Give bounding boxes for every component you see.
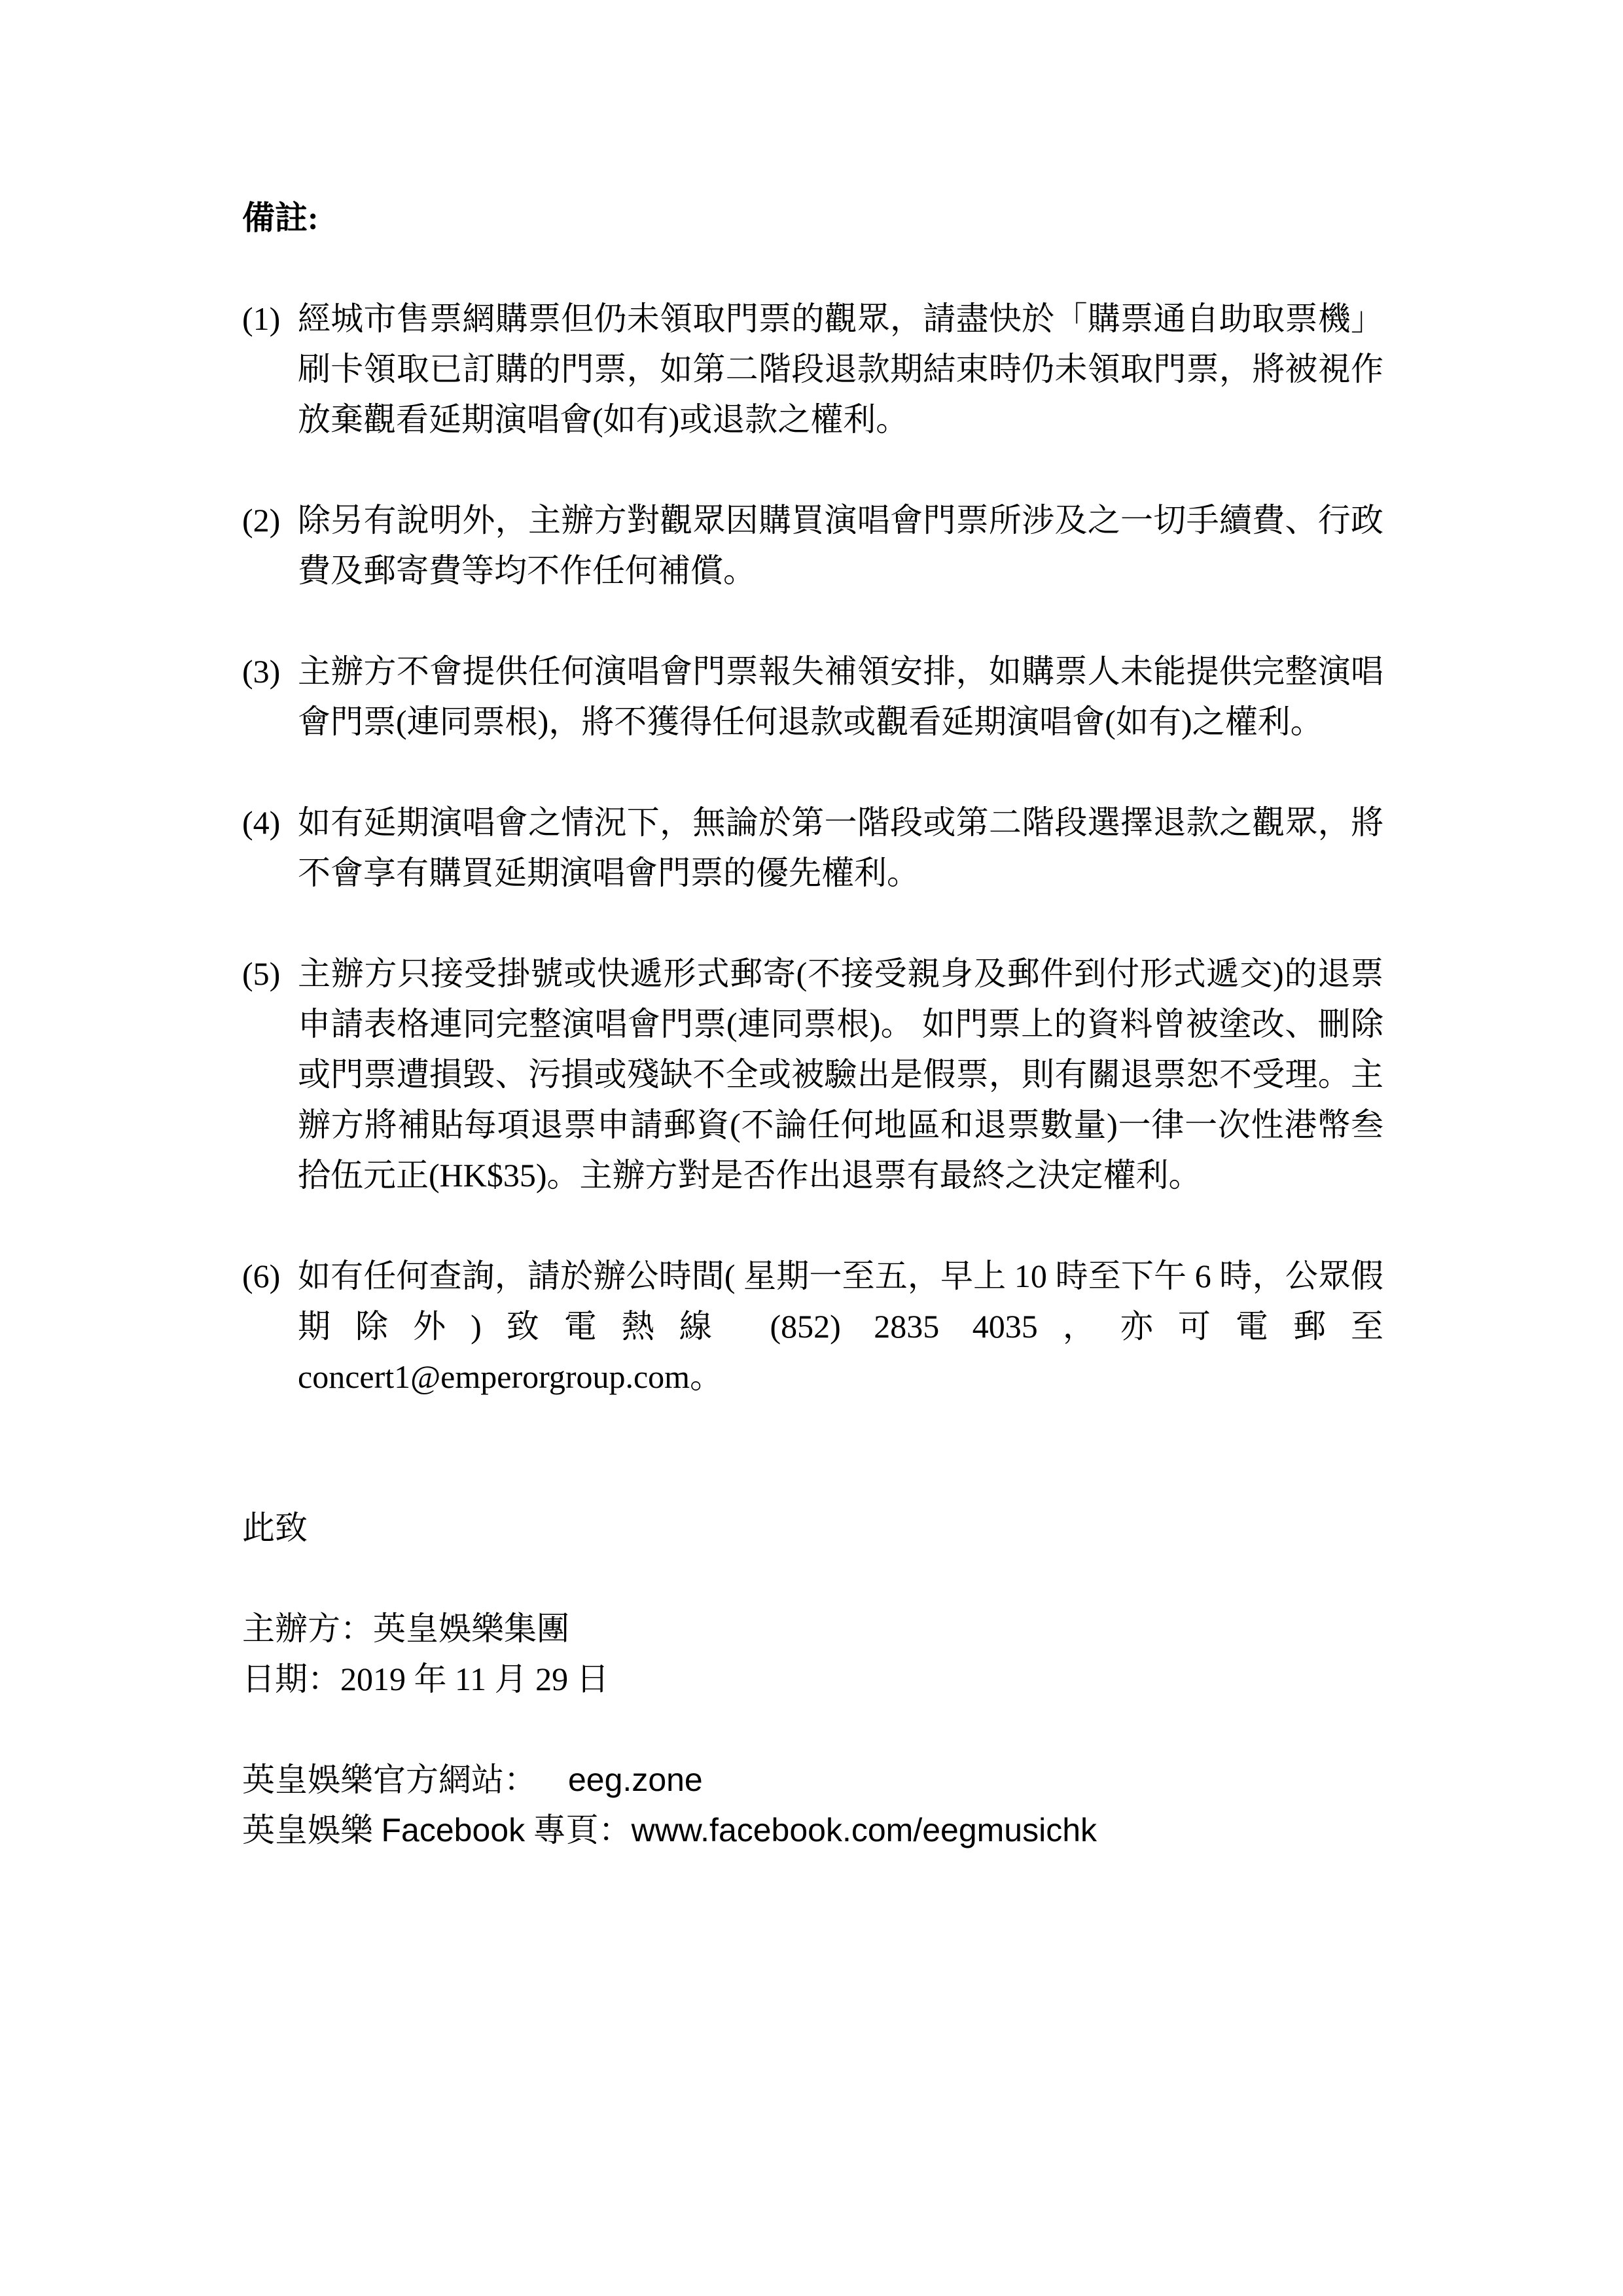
note-number: (2) [242,495,280,546]
facebook-line: 英皇娛樂 Facebook 專頁：www.facebook.com/eegmus… [242,1805,1383,1856]
note-number: (4) [242,798,280,848]
note-text: 主辦方只接受掛號或快遞形式郵寄(不接受親身及郵件到付形式遞交)的退票申請表格連同… [298,949,1383,1201]
note-text: 除另有說明外，主辦方對觀眾因購買演唱會門票所涉及之一切手續費、行政費及郵寄費等均… [298,495,1383,596]
website-label: 英皇娛樂官方網站： [242,1761,537,1798]
document-content: 備註: (1) 經城市售票網購票但仍未領取門票的觀眾，請盡快於「購票通自助取票機… [0,0,1623,1856]
facebook-url: www.facebook.com/eegmusichk [632,1812,1097,1848]
note-item-3: (3) 主辦方不會提供任何演唱會門票報失補領安排，如購票人未能提供完整演唱會門票… [242,646,1383,747]
note-number: (1) [242,294,280,344]
notes-heading: 備註: [242,193,1383,243]
note-text: 主辦方不會提供任何演唱會門票報失補領安排，如購票人未能提供完整演唱會門票(連同票… [298,646,1383,747]
date-line: 日期：2019 年 11 月 29 日 [242,1654,1383,1704]
note-text: 經城市售票網購票但仍未領取門票的觀眾，請盡快於「購票通自助取票機」刷卡領取已訂購… [298,294,1383,445]
note-item-4: (4) 如有延期演唱會之情況下，無論於第一階段或第二階段選擇退款之觀眾，將不會享… [242,798,1383,898]
note-item-5: (5) 主辦方只接受掛號或快遞形式郵寄(不接受親身及郵件到付形式遞交)的退票申請… [242,949,1383,1201]
facebook-label-pre: 英皇娛樂 [242,1812,382,1848]
note-item-2: (2) 除另有說明外，主辦方對觀眾因購買演唱會門票所涉及之一切手續費、行政費及郵… [242,495,1383,596]
note-item-6: (6) 如有任何查詢，請於辦公時間( 星期一至五，早上 10 時至下午 6 時，… [242,1251,1383,1402]
note-number: (3) [242,646,280,697]
note-number: (5) [242,949,280,999]
note-text: 如有延期演唱會之情況下，無論於第一階段或第二階段選擇退款之觀眾，將不會享有購買延… [298,798,1383,898]
facebook-label-post: 專頁： [525,1812,632,1848]
website-url: eeg.zone [568,1761,703,1798]
document-page: 備註: (1) 經城市售票網購票但仍未領取門票的觀眾，請盡快於「購票通自助取票機… [0,0,1623,2296]
note-text: 如有任何查詢，請於辦公時間( 星期一至五，早上 10 時至下午 6 時，公眾假期… [298,1251,1383,1402]
note-item-1: (1) 經城市售票網購票但仍未領取門票的觀眾，請盡快於「購票通自助取票機」刷卡領… [242,294,1383,445]
closing-line: 此致 [242,1503,1383,1553]
website-line: 英皇娛樂官方網站：eeg.zone [242,1755,1383,1805]
organizer-line: 主辦方：英皇娛樂集團 [242,1604,1383,1654]
facebook-brand: Facebook [382,1812,526,1848]
note-number: (6) [242,1251,280,1301]
